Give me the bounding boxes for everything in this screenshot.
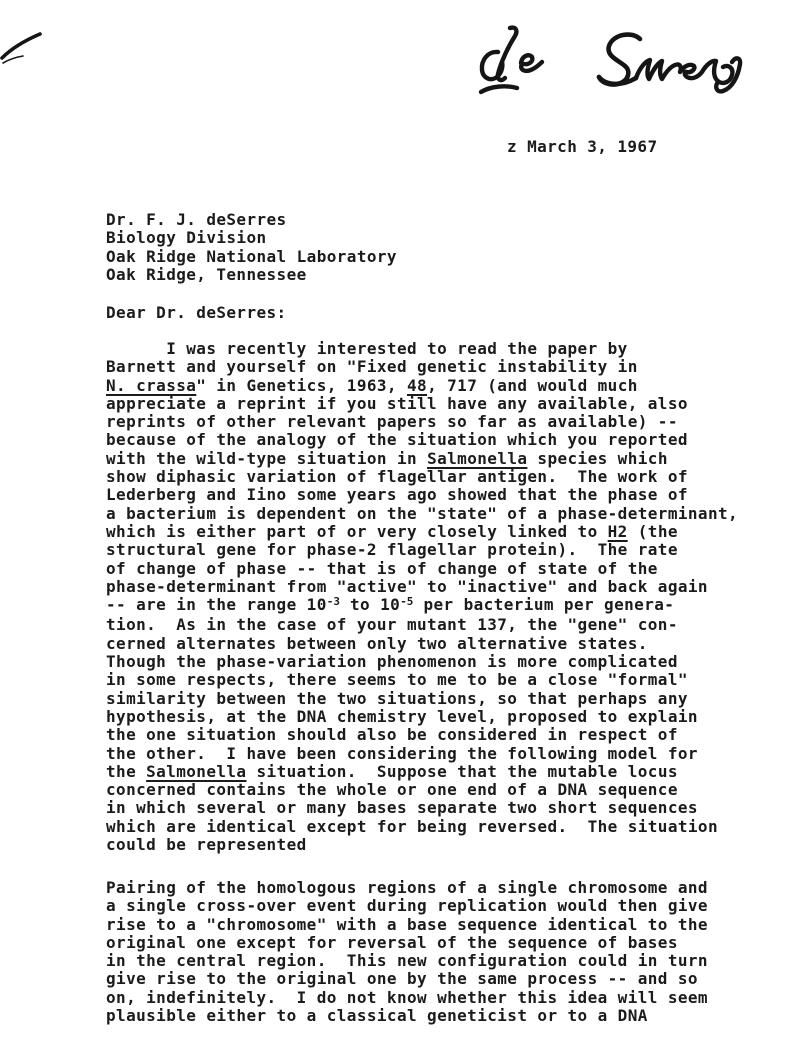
date-line: z March 3, 1967 bbox=[507, 137, 658, 156]
text-line: -- are in the range 10-3 to 10-5 per bac… bbox=[106, 596, 738, 616]
text-line: plausible either to a classical genetici… bbox=[106, 1007, 708, 1025]
salutation: Dear Dr. deSerres: bbox=[106, 303, 287, 322]
text-line: in the central region. This new configur… bbox=[106, 952, 708, 970]
text-line: on, indefinitely. I do not know whether … bbox=[106, 989, 708, 1007]
text-line: because of the analogy of the situation … bbox=[106, 431, 738, 449]
text-line: Dr. F. J. deSerres bbox=[106, 211, 397, 229]
text-line: rise to a "chromosome" with a base seque… bbox=[106, 916, 708, 934]
text-line: in some respects, there seems to me to b… bbox=[106, 671, 738, 689]
handwritten-annotation: de Serres bbox=[458, 22, 798, 126]
pen-stroke-mark bbox=[0, 22, 48, 70]
signature-de-serres bbox=[458, 22, 798, 122]
body-paragraph-1: I was recently interested to read the pa… bbox=[106, 340, 738, 854]
text-line: I was recently interested to read the pa… bbox=[106, 340, 738, 358]
text-line: could be represented bbox=[106, 836, 738, 854]
text-line: with the wild-type situation in Salmonel… bbox=[106, 450, 738, 468]
text-line: tion. As in the case of your mutant 137,… bbox=[106, 616, 738, 634]
text-line: which is either part of or very closely … bbox=[106, 523, 738, 541]
text-line: appreciate a reprint if you still have a… bbox=[106, 395, 738, 413]
text-line: of change of phase -- that is of change … bbox=[106, 560, 738, 578]
text-line: show diphasic variation of flagellar ant… bbox=[106, 468, 738, 486]
letter-page: de Serres z March 3, 1967 Dr. F. J. deSe… bbox=[0, 0, 800, 1046]
text-line: Oak Ridge National Laboratory bbox=[106, 248, 397, 266]
text-line: Oak Ridge, Tennessee bbox=[106, 266, 397, 284]
text-line: a bacterium is dependent on the "state" … bbox=[106, 505, 738, 523]
text-line: Pairing of the homologous regions of a s… bbox=[106, 879, 708, 897]
text-line: in which several or many bases separate … bbox=[106, 799, 738, 817]
text-line: similarity between the two situations, s… bbox=[106, 690, 738, 708]
text-line: the Salmonella situation. Suppose that t… bbox=[106, 763, 738, 781]
text-line: which are identical except for being rev… bbox=[106, 818, 738, 836]
text-line: Barnett and yourself on "Fixed genetic i… bbox=[106, 358, 738, 376]
text-line: N. crassa" in Genetics, 1963, 48, 717 (a… bbox=[106, 377, 738, 395]
text-line: a single cross-over event during replica… bbox=[106, 897, 708, 915]
body-paragraph-2: Pairing of the homologous regions of a s… bbox=[106, 879, 708, 1025]
text-line: reprints of other relevant papers so far… bbox=[106, 413, 738, 431]
recipient-address: Dr. F. J. deSerresBiology DivisionOak Ri… bbox=[106, 211, 397, 284]
text-line: the other. I have been considering the f… bbox=[106, 745, 738, 763]
text-line: cerned alternates between only two alter… bbox=[106, 635, 738, 653]
text-line: Though the phase-variation phenomenon is… bbox=[106, 653, 738, 671]
text-line: the one situation should also be conside… bbox=[106, 726, 738, 744]
text-line: original one except for reversal of the … bbox=[106, 934, 708, 952]
text-line: Lederberg and Iino some years ago showed… bbox=[106, 486, 738, 504]
text-line: hypothesis, at the DNA chemistry level, … bbox=[106, 708, 738, 726]
text-line: Biology Division bbox=[106, 229, 397, 247]
text-line: give rise to the original one by the sam… bbox=[106, 970, 708, 988]
text-line: structural gene for phase-2 flagellar pr… bbox=[106, 541, 738, 559]
text-line: concerned contains the whole or one end … bbox=[106, 781, 738, 799]
text-line: phase-determinant from "active" to "inac… bbox=[106, 578, 738, 596]
